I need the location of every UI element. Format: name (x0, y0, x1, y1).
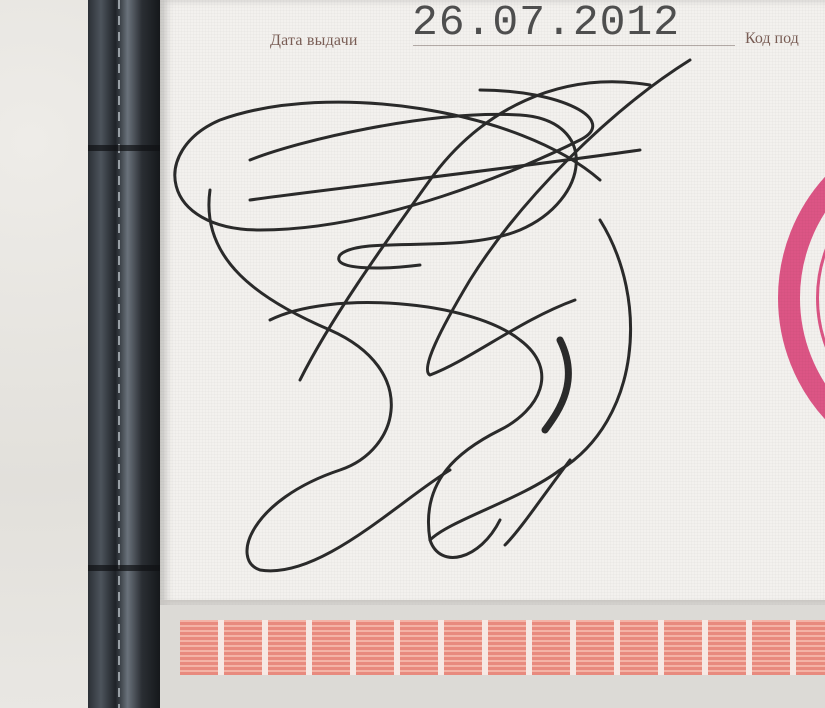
security-stripe (180, 620, 825, 675)
passport-cover-edge (88, 0, 160, 708)
subdivision-code-label: Код под (745, 30, 799, 48)
issue-date-label: Дата выдачи (270, 32, 358, 50)
cover-fold (88, 565, 160, 571)
cover-fold (88, 145, 160, 151)
passport-page: Дата выдачи 26.07.2012 Код под ФЕДЕРАЛЬН… (160, 0, 825, 605)
issue-date-underline (413, 45, 735, 46)
passport-photo: Дата выдачи 26.07.2012 Код под ФЕДЕРАЛЬН… (0, 0, 825, 708)
official-seal: ФЕДЕРАЛЬНАЯ МИГРАЦИО М 540- (778, 118, 825, 478)
issue-date-value: 26.07.2012 (412, 0, 680, 47)
table-surface (0, 0, 100, 708)
next-page-edge (160, 605, 825, 708)
seal-inner-ring (816, 156, 825, 440)
